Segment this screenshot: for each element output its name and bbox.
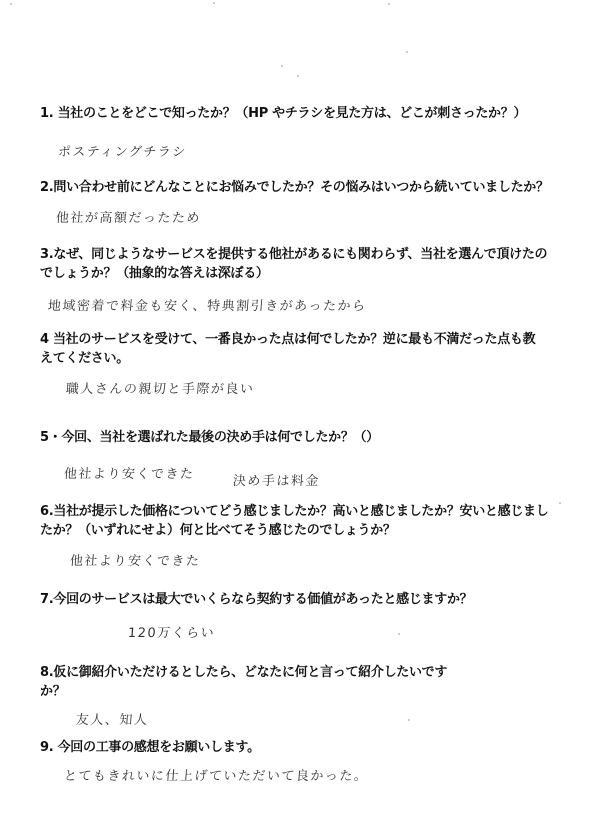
answer-9: とてもきれいに仕上げていただいて良かった。 bbox=[63, 765, 369, 784]
question-8-line-1: 8.仮に御紹介いただけるとしたら、どなたに何と言って紹介したいです bbox=[40, 663, 570, 682]
answer-5-extra: 決め手は料金 bbox=[232, 470, 320, 489]
question-3-line-1: 3.なぜ、同じようなサービスを提供する他社があるにも関わらず、当社を選んで頂けた… bbox=[40, 245, 570, 264]
question-4-line-1: 4 当社のサービスを受けて、一番良かった点は何でしたか？逆に最も不満だった点も教 bbox=[40, 330, 570, 349]
scan-speck bbox=[213, 2, 215, 4]
question-3: 3.なぜ、同じようなサービスを提供する他社があるにも関わらず、当社を選んで頂けた… bbox=[40, 245, 570, 283]
scan-speck bbox=[10, 3, 12, 5]
question-8-line-2: か？ bbox=[40, 682, 570, 701]
answer-6: 他社より安くできた bbox=[69, 550, 201, 569]
question-9: 9. 今回の工事の感想をお願いします。 bbox=[40, 738, 570, 757]
answer-8: 友人、知人 bbox=[75, 709, 149, 728]
question-6-line-1: 6.当社が提示した価格についてどう感じましたか？高いと感じましたか？安いと感じま… bbox=[40, 502, 570, 521]
question-4-line-2: えてください。 bbox=[40, 349, 570, 368]
answer-3: 地域密着で料金も安く、特典割引きがあったから bbox=[47, 295, 367, 314]
scan-speck bbox=[388, 3, 390, 5]
question-1: 1. 当社のことをどこで知ったか？（HP やチラシを見た方は、どこが刺さったか？… bbox=[40, 104, 570, 123]
scan-speck bbox=[281, 65, 283, 67]
question-8: 8.仮に御紹介いただけるとしたら、どなたに何と言って紹介したいです か？ bbox=[40, 663, 570, 701]
question-5: 5・今回、当社を選ばれた最後の決め手は何でしたか？（） bbox=[40, 428, 570, 447]
question-6: 6.当社が提示した価格についてどう感じましたか？高いと感じましたか？安いと感じま… bbox=[40, 502, 570, 540]
scan-speck bbox=[398, 633, 400, 635]
answer-1: ポスティングチラシ bbox=[57, 141, 187, 160]
scan-speck bbox=[408, 719, 410, 721]
answer-2: 他社が高額だったため bbox=[55, 207, 201, 226]
question-2: 2.問い合わせ前にどんなことにお悩みでしたか？その悩みはいつから続いていましたか… bbox=[40, 178, 570, 197]
answer-4: 職人さんの親切と手際が良い bbox=[65, 378, 255, 397]
questionnaire-page: 1. 当社のことをどこで知ったか？（HP やチラシを見た方は、どこが刺さったか？… bbox=[0, 0, 600, 814]
question-6-line-2: たか？（いずれにせよ）何と比べてそう感じたのでしょうか？ bbox=[40, 521, 570, 540]
scan-speck bbox=[297, 75, 299, 77]
question-7: 7.今回のサービスは最大でいくらなら契約する価値があったと感じますか？ bbox=[40, 590, 570, 609]
question-3-line-2: でしょうか？（抽象的な答えは深ぼる） bbox=[40, 264, 570, 283]
question-4: 4 当社のサービスを受けて、一番良かった点は何でしたか？逆に最も不満だった点も教… bbox=[40, 330, 570, 368]
scan-speck bbox=[406, 51, 408, 53]
answer-5: 他社より安くできた bbox=[63, 463, 195, 482]
answer-7: 120万くらい bbox=[127, 622, 216, 641]
